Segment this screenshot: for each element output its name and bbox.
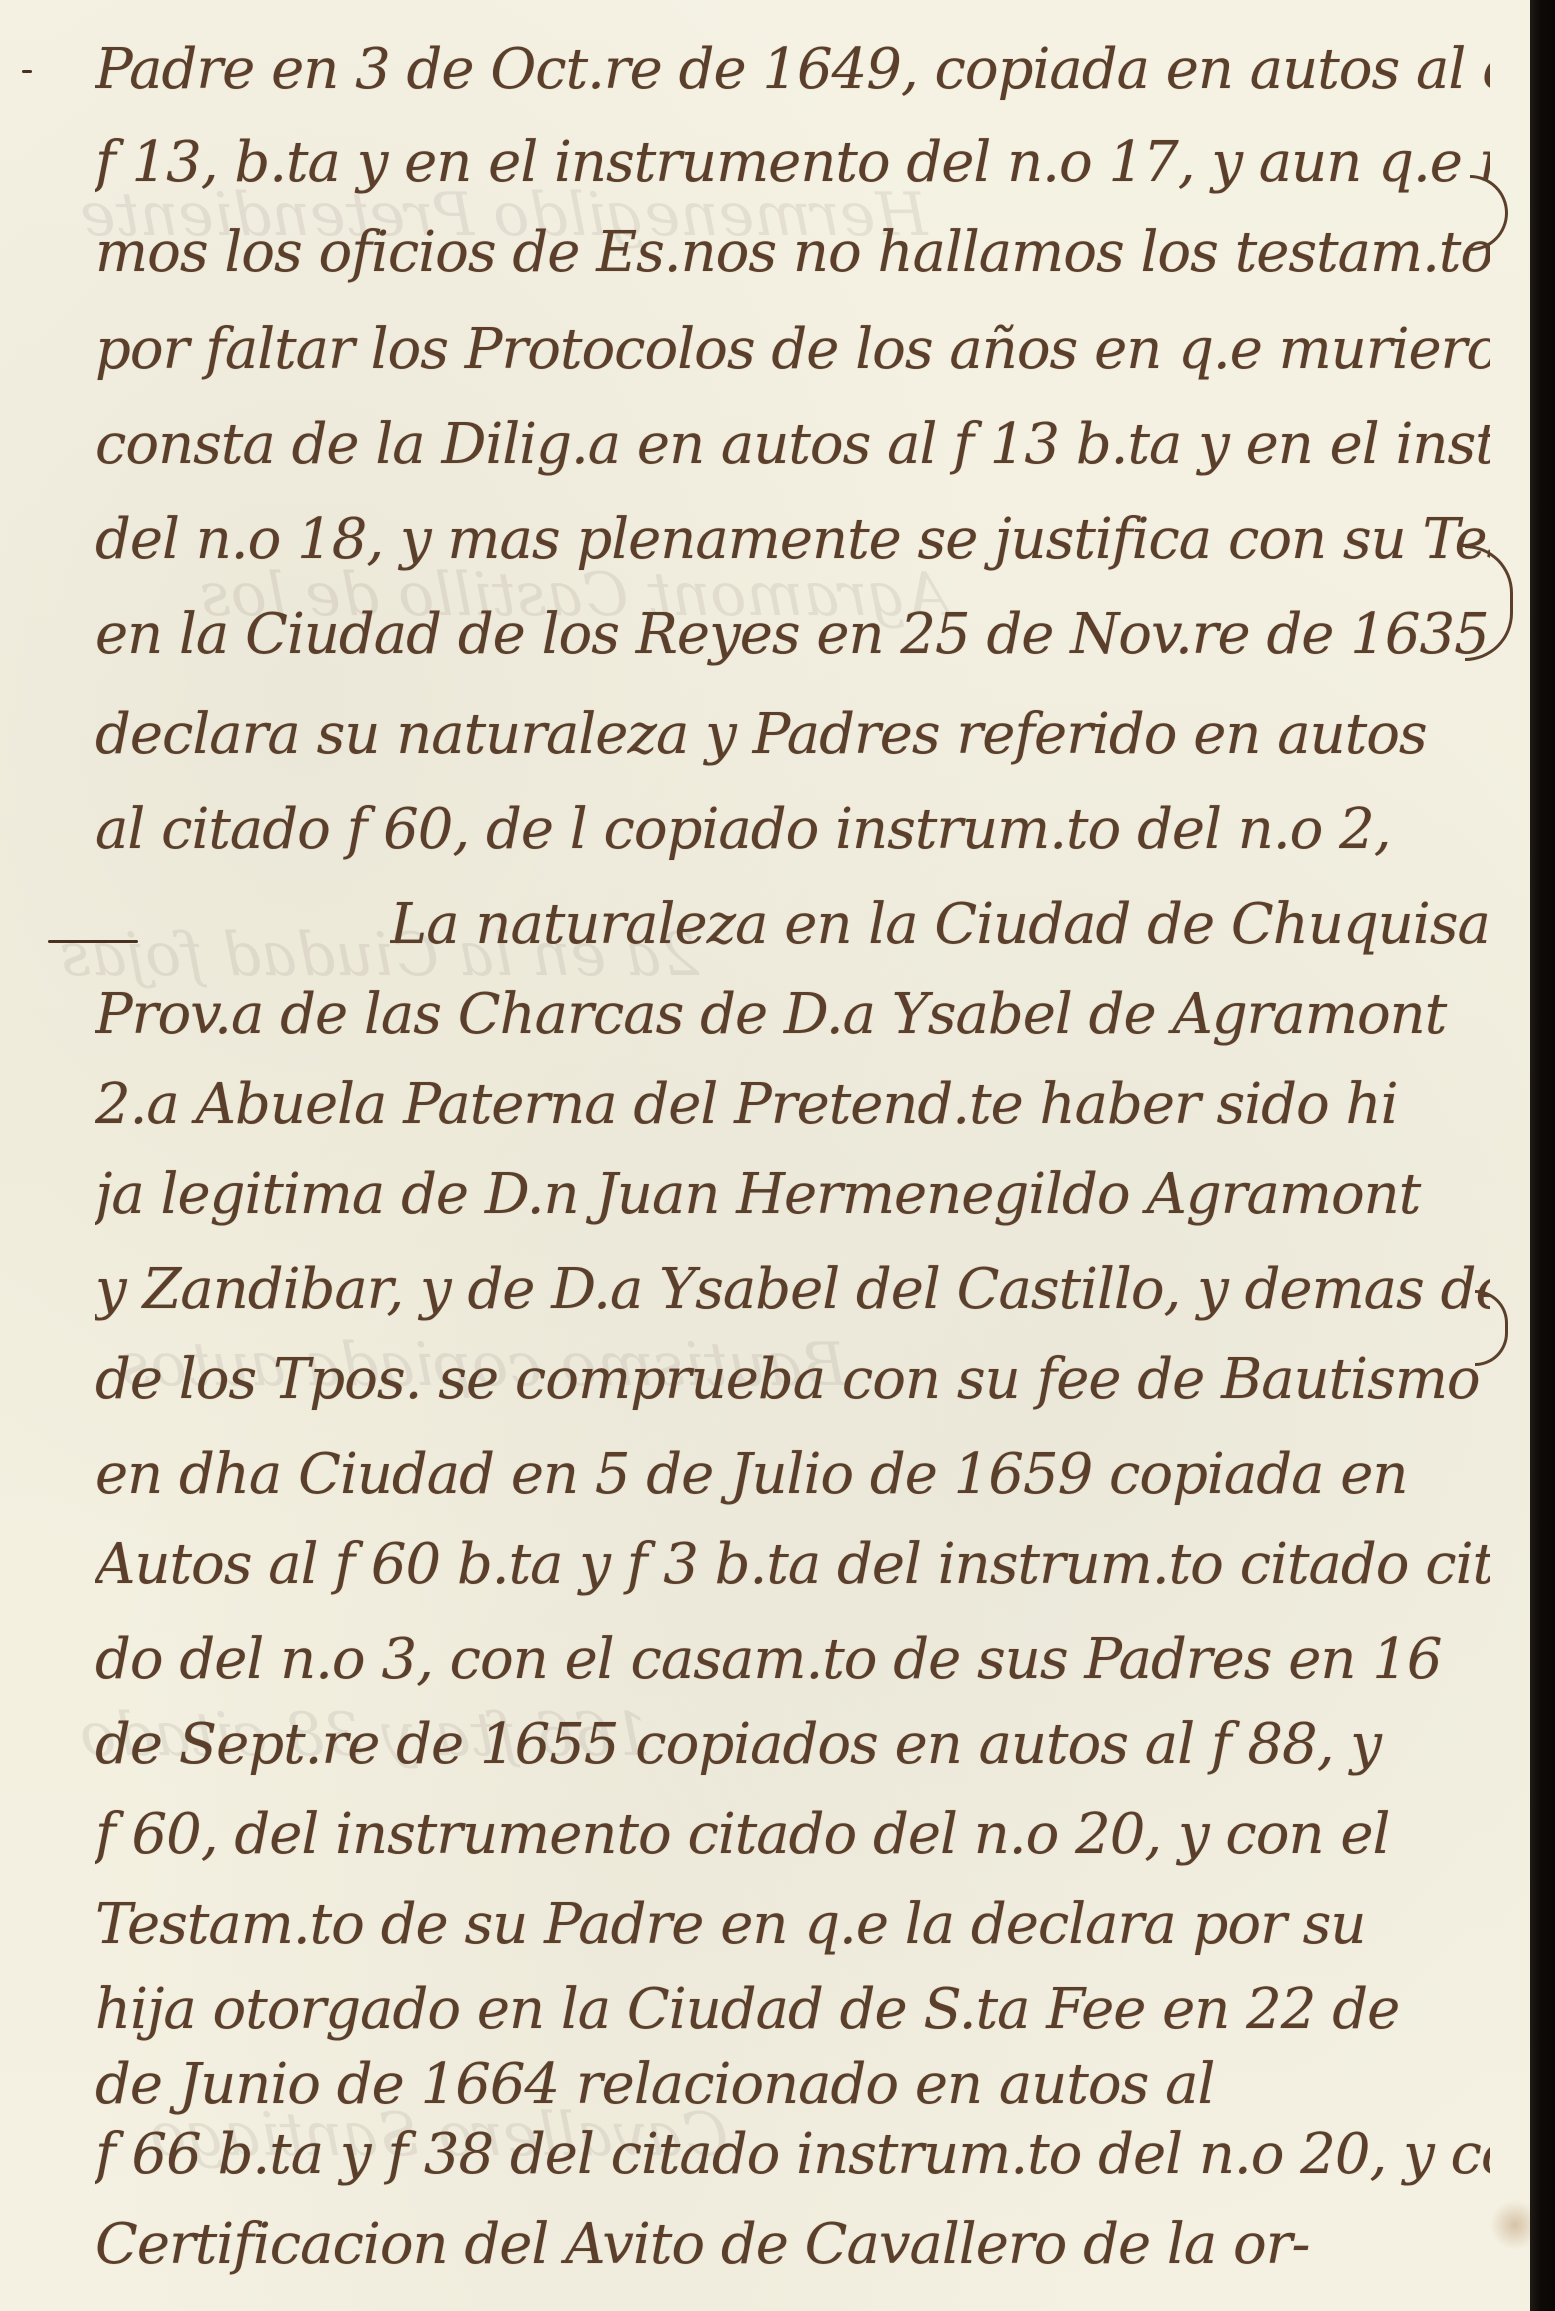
manuscript-line: de los Tpos. se comprueba con su fee de … xyxy=(95,1335,1490,1425)
manuscript-line: en dha Ciudad en 5 de Julio de 1659 copi… xyxy=(95,1430,1490,1520)
manuscript-line: en la Ciudad de los Reyes en 25 de Nov.r… xyxy=(95,590,1490,680)
manuscript-line: do del n.o 3, con el casam.to de sus Pad… xyxy=(95,1615,1490,1705)
manuscript-line: consta de la Dilig.a en autos al f 13 b.… xyxy=(95,400,1490,490)
line-end-flourish xyxy=(1470,175,1508,251)
margin-dash-mark xyxy=(48,940,138,943)
manuscript-line: Prov.a de las Charcas de D.a Ysabel de A… xyxy=(95,970,1490,1060)
page-edge-shadow xyxy=(1530,0,1555,2311)
manuscript-page: Hermenegildo Pretendiente Agramont Casti… xyxy=(0,0,1530,2311)
manuscript-line: del n.o 18, y mas plenamente se justific… xyxy=(95,495,1490,585)
manuscript-line: Testam.to de su Padre en q.e la declara … xyxy=(95,1880,1490,1970)
manuscript-line: Autos al f 60 b.ta y f 3 b.ta del instru… xyxy=(95,1520,1490,1610)
manuscript-line: f 60, del instrumento citado del n.o 20,… xyxy=(95,1790,1490,1880)
manuscript-line: mos los oficios de Es.nos no hallamos lo… xyxy=(95,208,1490,298)
manuscript-line: f 66 b.ta y f 38 del citado instrum.to d… xyxy=(95,2110,1490,2200)
line-end-flourish xyxy=(1475,1290,1508,1366)
manuscript-line: por faltar los Protocolos de los años en… xyxy=(95,305,1490,395)
line-end-flourish xyxy=(1465,545,1513,661)
manuscript-line: Padre en 3 de Oct.re de 1649, copiada en… xyxy=(95,25,1490,115)
manuscript-line: y Zandibar, y de D.a Ysabel del Castillo… xyxy=(95,1245,1490,1335)
margin-dash-mark xyxy=(22,70,32,73)
manuscript-line: al citado f 60, de l copiado instrum.to … xyxy=(95,785,1490,875)
manuscript-line: de Sept.re de 1655 copiados en autos al … xyxy=(95,1700,1490,1790)
manuscript-line: Certificacion del Avito de Cavallero de … xyxy=(95,2200,1490,2290)
manuscript-line: ja legitima de D.n Juan Hermenegildo Agr… xyxy=(95,1150,1490,1240)
manuscript-line: 2.a Abuela Paterna del Pretend.te haber … xyxy=(95,1060,1490,1150)
manuscript-line: declara su naturaleza y Padres referido … xyxy=(95,690,1490,780)
manuscript-paragraph-start: La naturaleza en la Ciudad de Chuquisaca xyxy=(390,880,1490,970)
manuscript-line: f 13, b.ta y en el instrumento del n.o 1… xyxy=(95,118,1490,208)
